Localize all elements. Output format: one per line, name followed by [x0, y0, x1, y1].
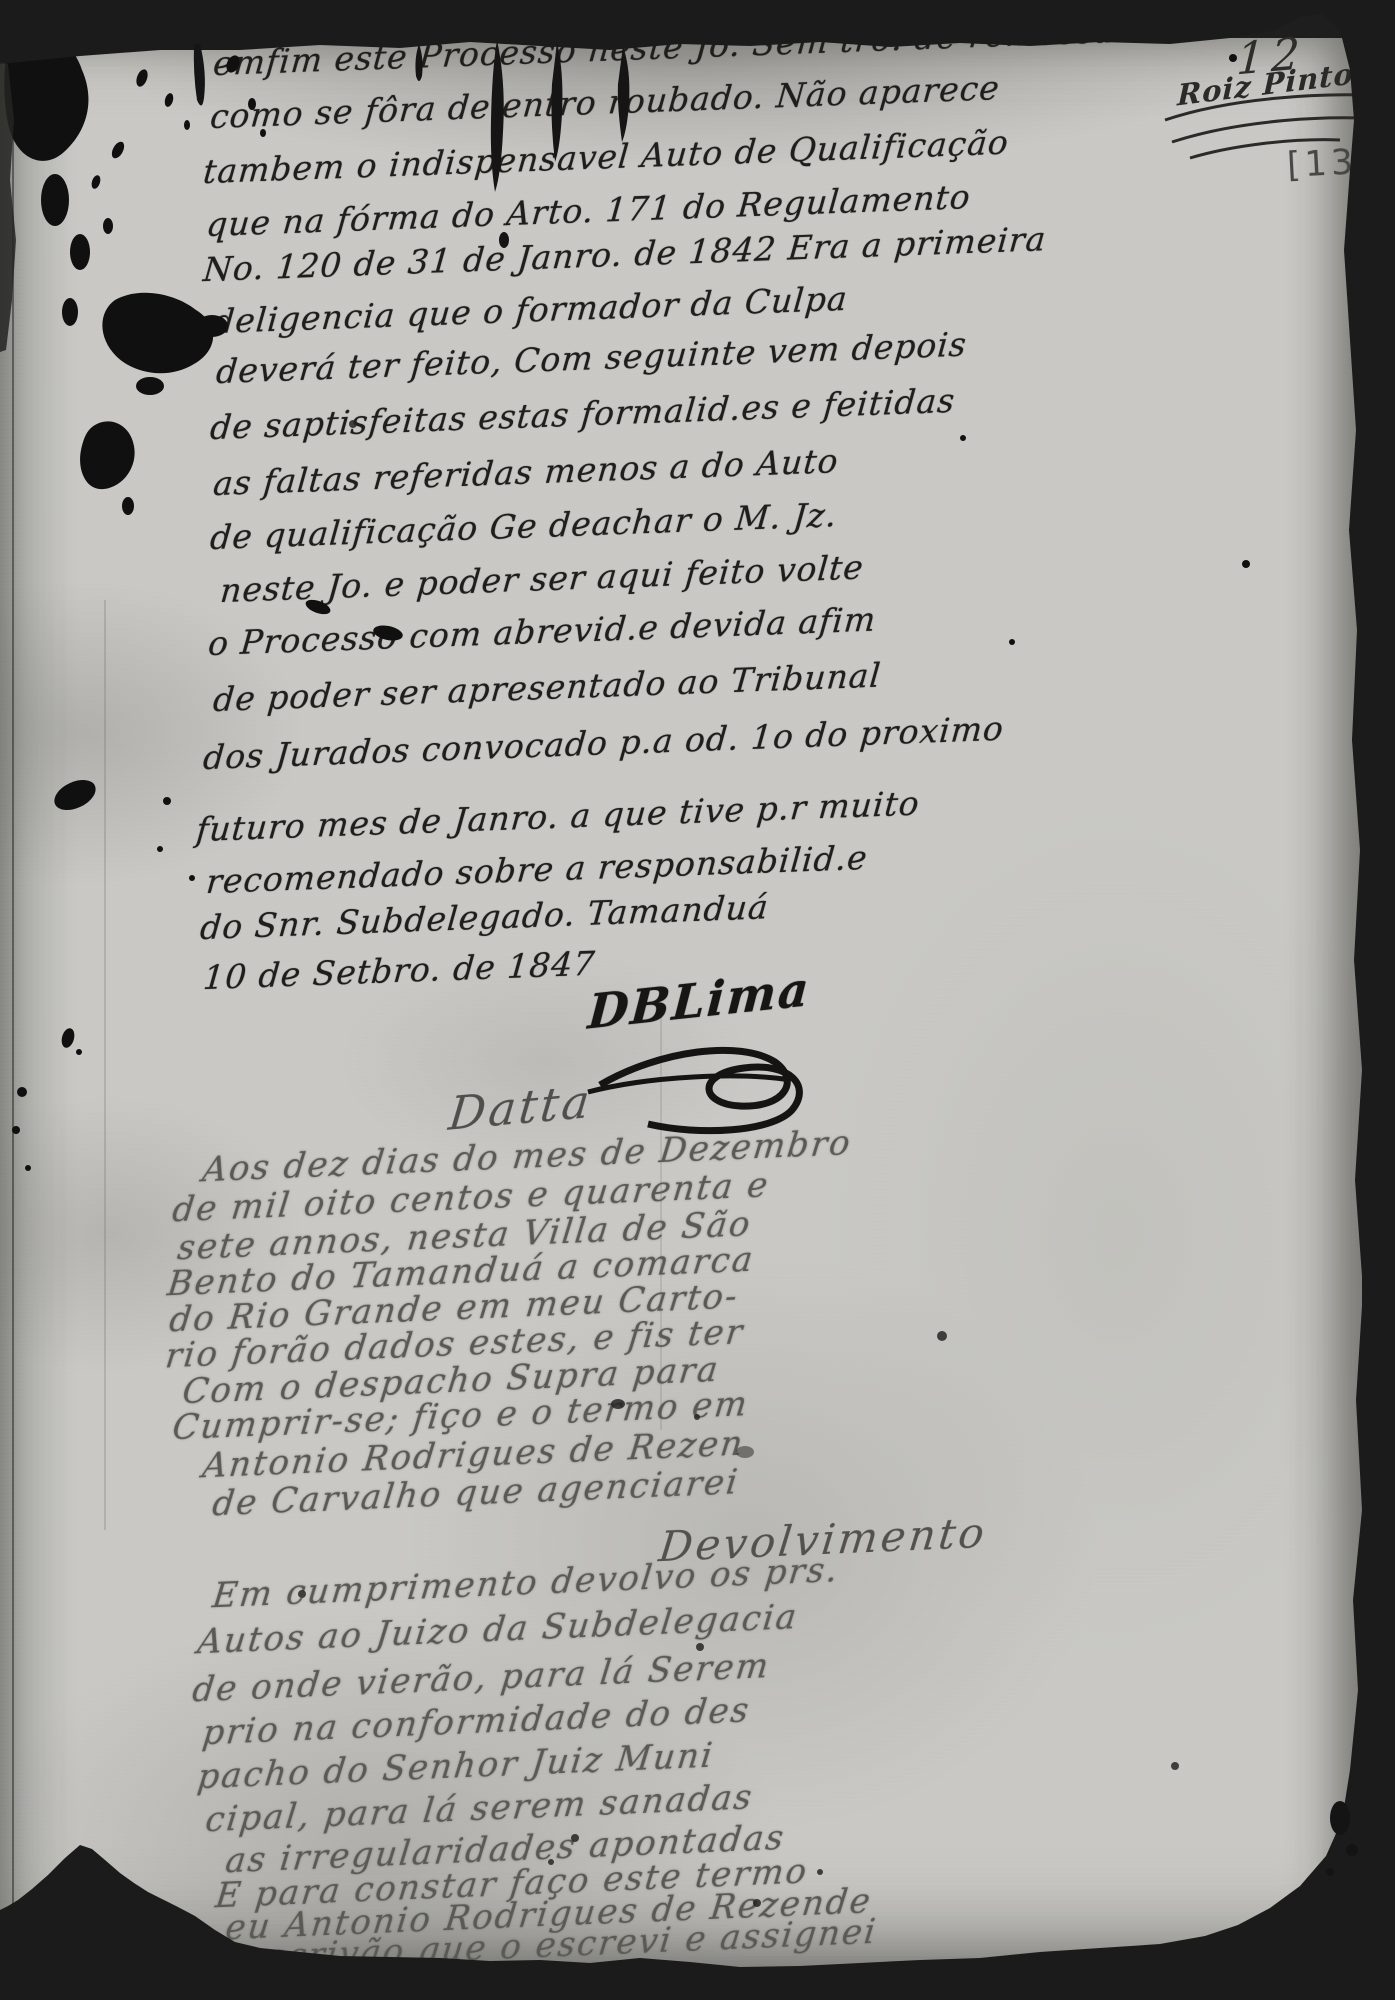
- binding-crease: [12, 60, 14, 1905]
- folio-stamp: [13]: [1286, 141, 1376, 186]
- fold-line-left: [104, 600, 106, 1530]
- manuscript-scan: emfim este Processo neste Jo. Sem tro. d…: [0, 0, 1395, 2000]
